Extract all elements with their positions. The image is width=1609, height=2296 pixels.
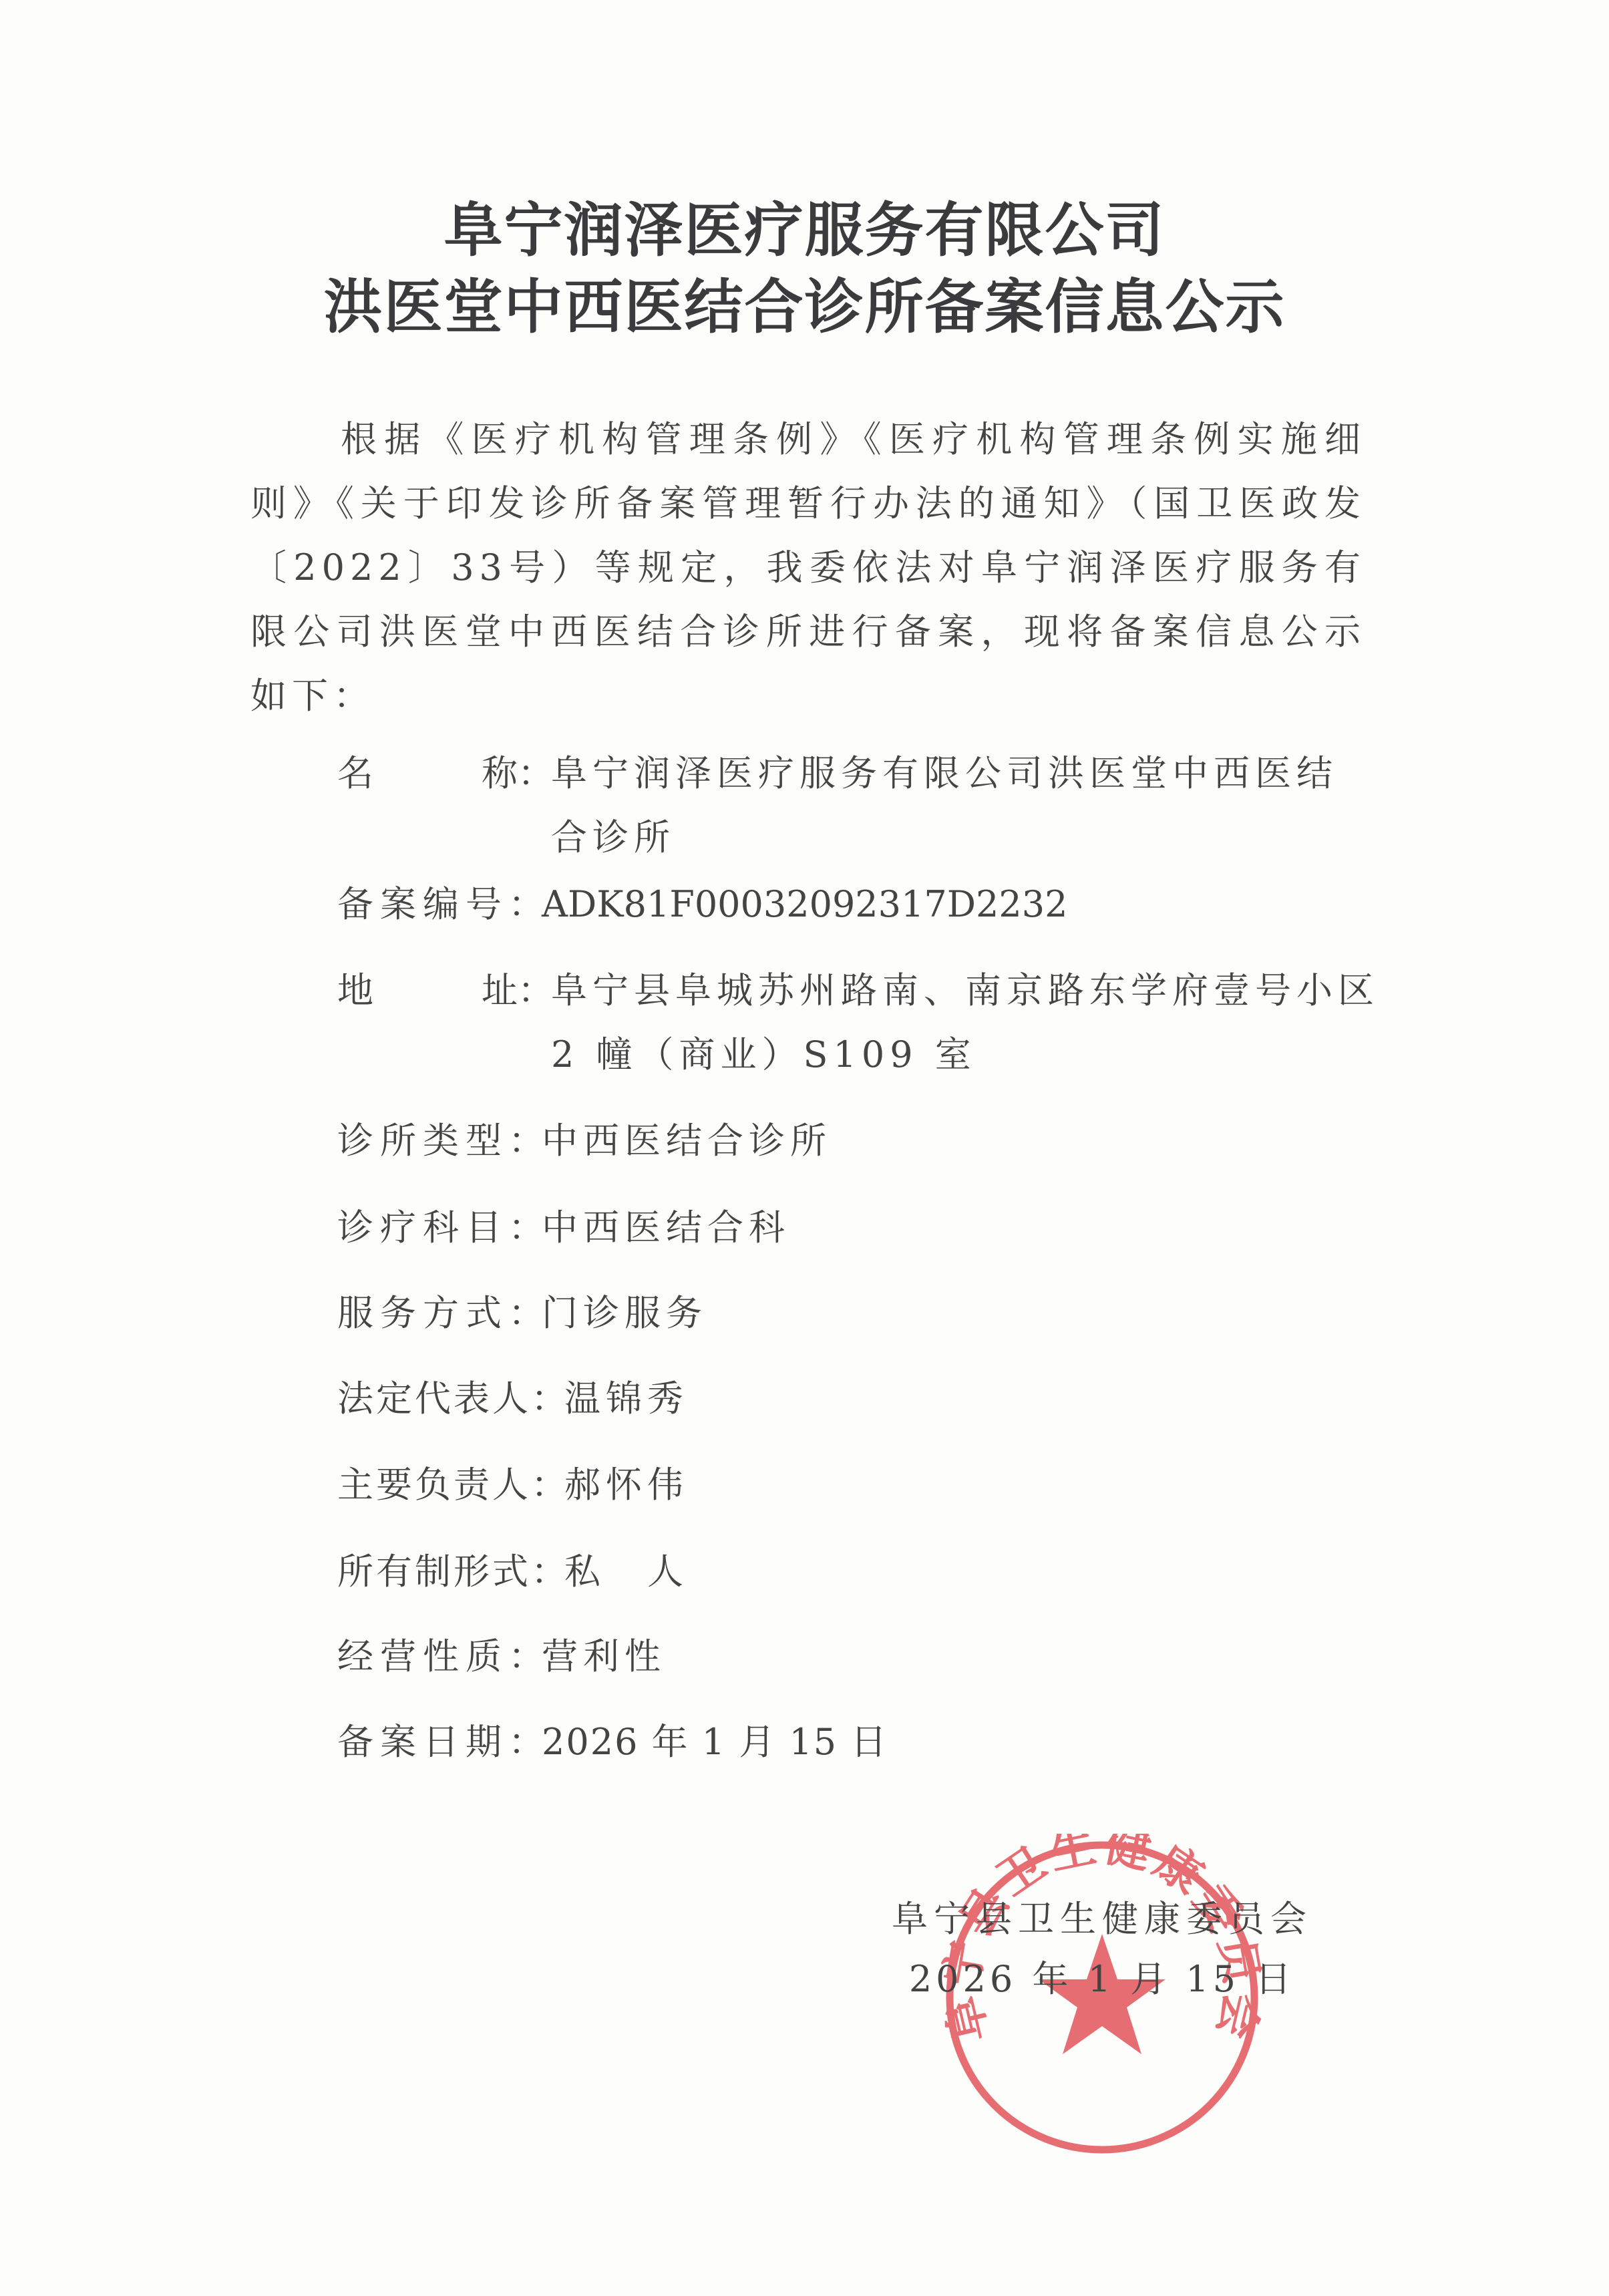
document-title-line-1: 阜宁润泽医疗服务有限公司 (0, 197, 1609, 264)
label-char: 称 (482, 742, 518, 870)
label-char: 名 (337, 742, 373, 870)
field-ownership: 所有制形式 ： 私 人 (337, 1540, 1379, 1604)
field-address: 地 址 ： 阜宁县阜城苏州路南、南京路东学府壹号小区 2 幢（商业）S109 室 (337, 959, 1379, 1087)
field-value: 中西医结合诊所 (542, 1109, 1379, 1173)
field-clinic-type: 诊所类型 ： 中西医结合诊所 (337, 1109, 1379, 1173)
field-label: 地 址 (337, 959, 518, 1087)
field-label: 服务方式 (337, 1281, 508, 1345)
document-page: 阜宁润泽医疗服务有限公司 洪医堂中西医结合诊所备案信息公示 根据《医疗机构管理条… (0, 0, 1609, 2296)
field-colon: ： (508, 1710, 542, 1774)
field-filing-date: 备案日期 ： 2026 年 1 月 15 日 (337, 1710, 1379, 1774)
field-value: 阜宁县阜城苏州路南、南京路东学府壹号小区 2 幢（商业）S109 室 (551, 959, 1379, 1087)
field-value: 温锦秀 (564, 1367, 1379, 1431)
field-value: 郝怀伟 (564, 1453, 1379, 1517)
field-filing-number: 备案编号 ： ADK81F00032092317D2232 (337, 872, 1379, 937)
field-label: 备案编号 (337, 872, 508, 937)
field-value: 2026 年 1 月 15 日 (542, 1710, 1379, 1774)
field-colon: ： (518, 959, 551, 1087)
field-value: 私 人 (564, 1540, 1379, 1604)
field-value: 中西医结合科 (542, 1196, 1379, 1260)
label-char: 址 (482, 959, 518, 1087)
field-colon: ： (508, 1281, 542, 1345)
field-label: 主要负责人 (337, 1453, 531, 1517)
field-colon: ： (518, 742, 551, 870)
field-value: 阜宁润泽医疗服务有限公司洪医堂中西医结合诊所 (551, 742, 1339, 870)
field-value: 营利性 (542, 1625, 1379, 1689)
field-colon: ： (531, 1540, 564, 1604)
field-label: 名 称 (337, 742, 518, 870)
field-business-nature: 经营性质 ： 营利性 (337, 1625, 1379, 1689)
field-label: 诊疗科目 (337, 1196, 508, 1260)
field-colon: ： (531, 1453, 564, 1517)
field-principal: 主要负责人 ： 郝怀伟 (337, 1453, 1379, 1517)
label-char: 地 (337, 959, 373, 1087)
field-value: 门诊服务 (542, 1281, 1379, 1345)
field-label: 诊所类型 (337, 1109, 508, 1173)
field-colon: ： (531, 1367, 564, 1431)
field-service-mode: 服务方式 ： 门诊服务 (337, 1281, 1379, 1345)
field-colon: ： (508, 1109, 542, 1173)
field-value: ADK81F00032092317D2232 (542, 872, 1379, 937)
field-colon: ： (508, 1625, 542, 1689)
document-title-line-2: 洪医堂中西医结合诊所备案信息公示 (0, 274, 1609, 341)
field-label: 经营性质 (337, 1625, 508, 1689)
issuing-organization: 阜宁县卫生健康委员会 (868, 1896, 1336, 1943)
intro-paragraph: 根据《医疗机构管理条例》《医疗机构管理条例实施细则》《关于印发诊所备案管理暂行办… (250, 407, 1366, 728)
issue-date: 2026 年 1 月 15 日 (868, 1956, 1336, 2003)
field-label: 所有制形式 (337, 1540, 531, 1604)
field-label: 法定代表人 (337, 1367, 531, 1431)
field-legal-representative: 法定代表人 ： 温锦秀 (337, 1367, 1379, 1431)
field-name: 名 称 ： 阜宁润泽医疗服务有限公司洪医堂中西医结合诊所 (337, 742, 1379, 870)
field-colon: ： (508, 1196, 542, 1260)
field-label: 备案日期 (337, 1710, 508, 1774)
field-departments: 诊疗科目 ： 中西医结合科 (337, 1196, 1379, 1260)
field-colon: ： (508, 872, 542, 937)
